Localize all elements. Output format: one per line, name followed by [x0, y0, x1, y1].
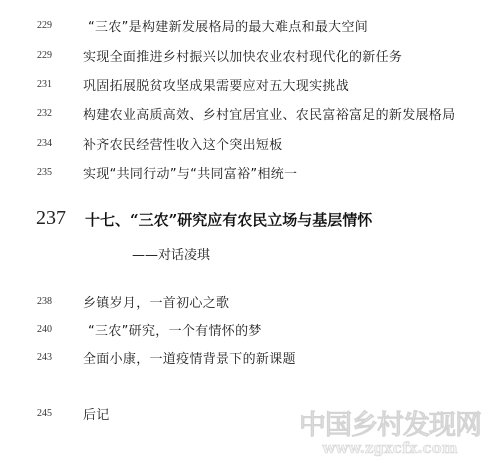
toc-page-number: 231 [37, 79, 52, 90]
toc-page-number: 234 [37, 138, 52, 149]
chapter-page-number: 237 [36, 207, 66, 230]
toc-entry-title: 实现全面推进乡村振兴以加快农业农村现代化的新任务 [83, 46, 402, 65]
toc-entry-title: 实现“共同行动”与“共同富裕”相统一 [83, 163, 297, 182]
toc-page-number: 229 [37, 50, 52, 61]
toc-entry-title: 巩固拓展脱贫攻坚成果需要应对五大现实挑战 [83, 75, 349, 94]
watermark-url: www.zgxcfx.com [299, 440, 481, 456]
toc-page-number: 240 [37, 324, 52, 335]
watermark: 中国乡村发现网 www.zgxcfx.com [299, 412, 481, 456]
toc-entry-title: “三农”是构建新发展格局的最大难点和最大空间 [88, 16, 368, 35]
toc-page-number: 232 [37, 108, 52, 119]
toc-page-number: 243 [37, 352, 52, 363]
toc-page-number: 245 [37, 408, 52, 419]
toc-page-number: 235 [37, 167, 52, 178]
toc-entry-title: “三农”研究，一个有情怀的梦 [88, 320, 262, 339]
toc-entry-title: 构建农业高质高效、乡村宜居宜业、农民富裕富足的新发展格局 [83, 104, 455, 123]
toc-page-number: 229 [37, 20, 52, 31]
watermark-site-name: 中国乡村发现网 [299, 412, 481, 440]
chapter-subtitle: ——对话凌琪 [132, 244, 210, 263]
toc-page-number: 238 [37, 296, 52, 307]
toc-entry-title: 全面小康，一道疫情背景下的新课题 [83, 348, 296, 367]
toc-entry-title: 乡镇岁月，一首初心之歌 [83, 292, 229, 311]
toc-entry-title: 补齐农民经营性收入这个突出短板 [83, 134, 283, 153]
toc-entry-title: 后记 [83, 404, 110, 423]
chapter-title: 十七、“三农”研究应有农民立场与基层情怀 [85, 209, 372, 230]
